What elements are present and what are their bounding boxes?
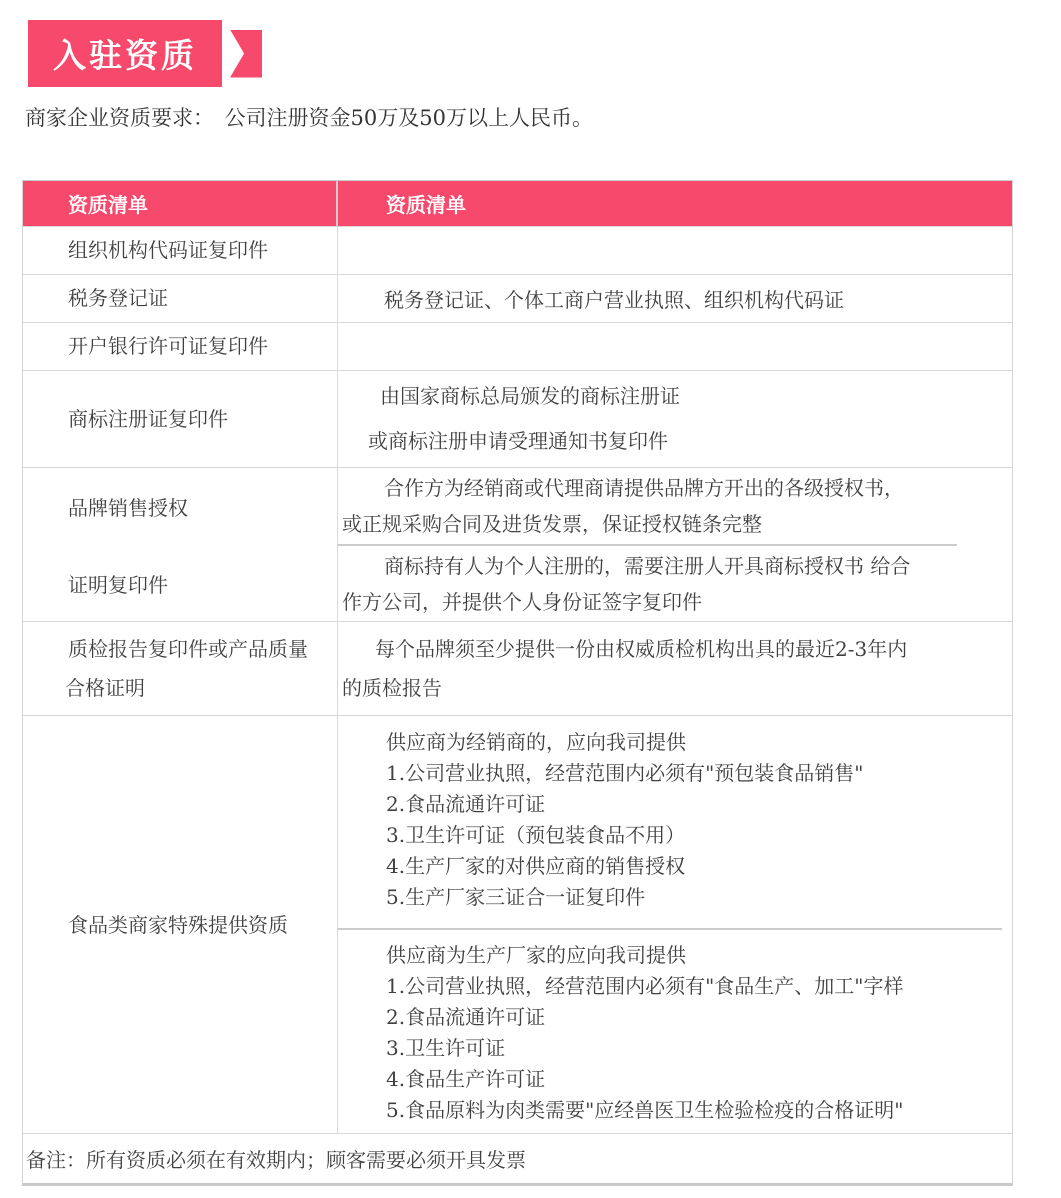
trademark-cert-label: 商标注册证复印件 bbox=[23, 400, 337, 439]
inspection-requirement-line1: 每个品牌须至少提供一份由权威质检机构出具的最近2-3年内 bbox=[338, 630, 1012, 669]
table-row-note: 备注：所有资质必须在有效期内；顾客需要必须开具发票 bbox=[23, 1133, 1012, 1183]
trademark-cert-line2: 或商标注册申请受理通知书复印件 bbox=[338, 419, 1012, 464]
food-dealer-item-1: 1.公司营业执照，经营范围内必须有"预包装食品销售" bbox=[386, 758, 1012, 789]
brand-auth-dealer-line1: 合作方为经销商或代理商请提供品牌方开出的各级授权书， bbox=[338, 470, 1012, 506]
food-manufacturer-item-2: 2.食品流通许可证 bbox=[386, 1002, 1012, 1033]
tax-cert-requirement: 税务登记证、个体工商户营业执照、组织机构代码证 bbox=[338, 284, 1012, 313]
table-row-trademark-cert: 商标注册证复印件 由国家商标总局颁发的商标注册证 或商标注册申请受理通知书复印件 bbox=[23, 370, 1012, 467]
org-code-label: 组织机构代码证复印件 bbox=[23, 231, 337, 270]
table-row-bank-permit: 开户银行许可证复印件 bbox=[23, 322, 1012, 370]
food-manufacturer-item-5: 5.食品原料为肉类需要"应经兽医卫生检验检疫的合格证明" bbox=[386, 1095, 1012, 1126]
brand-auth-dealer-line2: 或正规采购合同及进货发票，保证授权链条完整 bbox=[338, 506, 1012, 542]
food-dealer-item-2: 2.食品流通许可证 bbox=[386, 789, 1012, 820]
food-dealer-intro: 供应商为经销商的，应向我司提供 bbox=[386, 727, 1012, 758]
food-merchant-label: 食品类商家特殊提供资质 bbox=[23, 906, 337, 945]
table-row-food-merchant: 食品类商家特殊提供资质 供应商为经销商的，应向我司提供 1.公司营业执照，经营范… bbox=[23, 715, 1012, 1133]
food-manufacturer-block: 供应商为生产厂家的应向我司提供 1.公司营业执照，经营范围内必须有"食品生产、加… bbox=[338, 930, 1012, 1134]
tax-cert-label: 税务登记证 bbox=[23, 279, 337, 318]
banner-title: 入驻资质 bbox=[53, 30, 197, 77]
qualification-table: 资质清单 资质清单 组织机构代码证复印件 税务登记证 税务登记证、个体工商户营业… bbox=[22, 180, 1013, 1186]
food-manufacturer-item-1: 1.公司营业执照，经营范围内必须有"食品生产、加工"字样 bbox=[386, 971, 1012, 1002]
brand-auth-label-line2: 证明复印件 bbox=[23, 569, 168, 598]
banner-ribbon: 入驻资质 bbox=[28, 20, 222, 87]
table-row-tax-cert: 税务登记证 税务登记证、个体工商户营业执照、组织机构代码证 bbox=[23, 274, 1012, 322]
inspection-label-line1: 质检报告复印件或产品质量 bbox=[23, 630, 337, 669]
bank-permit-label: 开户银行许可证复印件 bbox=[23, 327, 337, 366]
table-row-org-code: 组织机构代码证复印件 bbox=[23, 226, 1012, 274]
inspection-requirement-line2: 的质检报告 bbox=[338, 669, 1012, 708]
brand-auth-personal-line2: 作方公司，并提供个人身份证签字复印件 bbox=[338, 584, 1012, 620]
food-dealer-item-4: 4.生产厂家的对供应商的销售授权 bbox=[386, 851, 1012, 882]
food-manufacturer-intro: 供应商为生产厂家的应向我司提供 bbox=[386, 940, 1012, 971]
inspection-label-line2: 合格证明 bbox=[20, 669, 337, 708]
table-header-right: 资质清单 bbox=[338, 181, 1012, 226]
food-dealer-item-3: 3.卫生许可证（预包装食品不用） bbox=[386, 820, 1012, 851]
food-dealer-block: 供应商为经销商的，应向我司提供 1.公司营业执照，经营范围内必须有"预包装食品销… bbox=[338, 716, 1012, 928]
table-header-left: 资质清单 bbox=[23, 181, 338, 226]
banner-ribbon-tail-icon bbox=[230, 30, 262, 78]
trademark-cert-line1: 由国家商标总局颁发的商标注册证 bbox=[338, 374, 1012, 419]
table-header-row: 资质清单 资质清单 bbox=[23, 181, 1012, 226]
note-text: 备注：所有资质必须在有效期内；顾客需要必须开具发票 bbox=[26, 1144, 526, 1173]
intro-text: 商家企业资质要求： 公司注册资金50万及50万以上人民币。 bbox=[25, 104, 1061, 132]
brand-auth-label-line1: 品牌销售授权 bbox=[23, 492, 188, 521]
section-banner: 入驻资质 bbox=[28, 20, 1061, 87]
food-dealer-item-5: 5.生产厂家三证合一证复印件 bbox=[386, 882, 1012, 913]
table-row-brand-authorization: 品牌销售授权 证明复印件 合作方为经销商或代理商请提供品牌方开出的各级授权书， … bbox=[23, 467, 1012, 621]
food-manufacturer-item-4: 4.食品生产许可证 bbox=[386, 1064, 1012, 1095]
brand-auth-personal-line1: 商标持有人为个人注册的，需要注册人开具商标授权书 给合 bbox=[338, 548, 1012, 584]
food-manufacturer-item-3: 3.卫生许可证 bbox=[386, 1033, 1012, 1064]
table-row-inspection-report: 质检报告复印件或产品质量 合格证明 每个品牌须至少提供一份由权威质检机构出具的最… bbox=[23, 621, 1012, 715]
